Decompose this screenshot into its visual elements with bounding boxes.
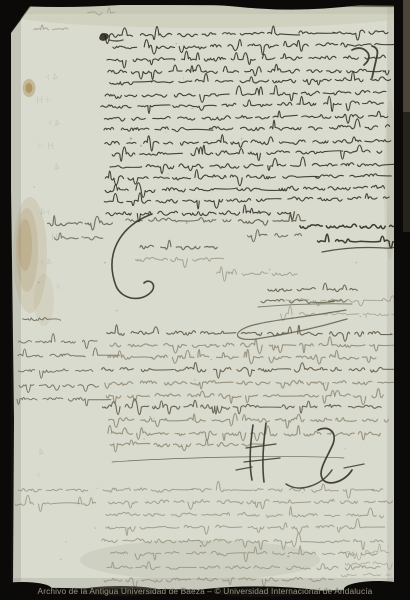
bleed-glyph: ＋H	[36, 95, 52, 106]
bleed-glyph: ⊦	[35, 471, 40, 481]
manuscript-scan: 4 ⊦＋H4 ⊦H ＋4⊦4H4 ⊦⊦4⊦	[0, 0, 410, 600]
manuscript-scan-page: 4 ⊦＋H4 ⊦H ＋4⊦4H4 ⊦⊦4⊦ Archivo de la Anti…	[0, 0, 410, 600]
bleed-glyph: 4 ⊦	[46, 119, 60, 129]
bleed-glyph: 4	[54, 163, 60, 173]
bleed-glyph: 4 ⊦	[44, 73, 58, 83]
bleed-glyph: ⊦4	[39, 208, 50, 218]
bleed-glyph: ⊦	[55, 283, 60, 293]
bleed-glyph: 4 ⊦	[38, 258, 52, 268]
bleed-glyph: H ＋	[35, 141, 54, 152]
bleed-glyph: 4	[38, 448, 44, 458]
